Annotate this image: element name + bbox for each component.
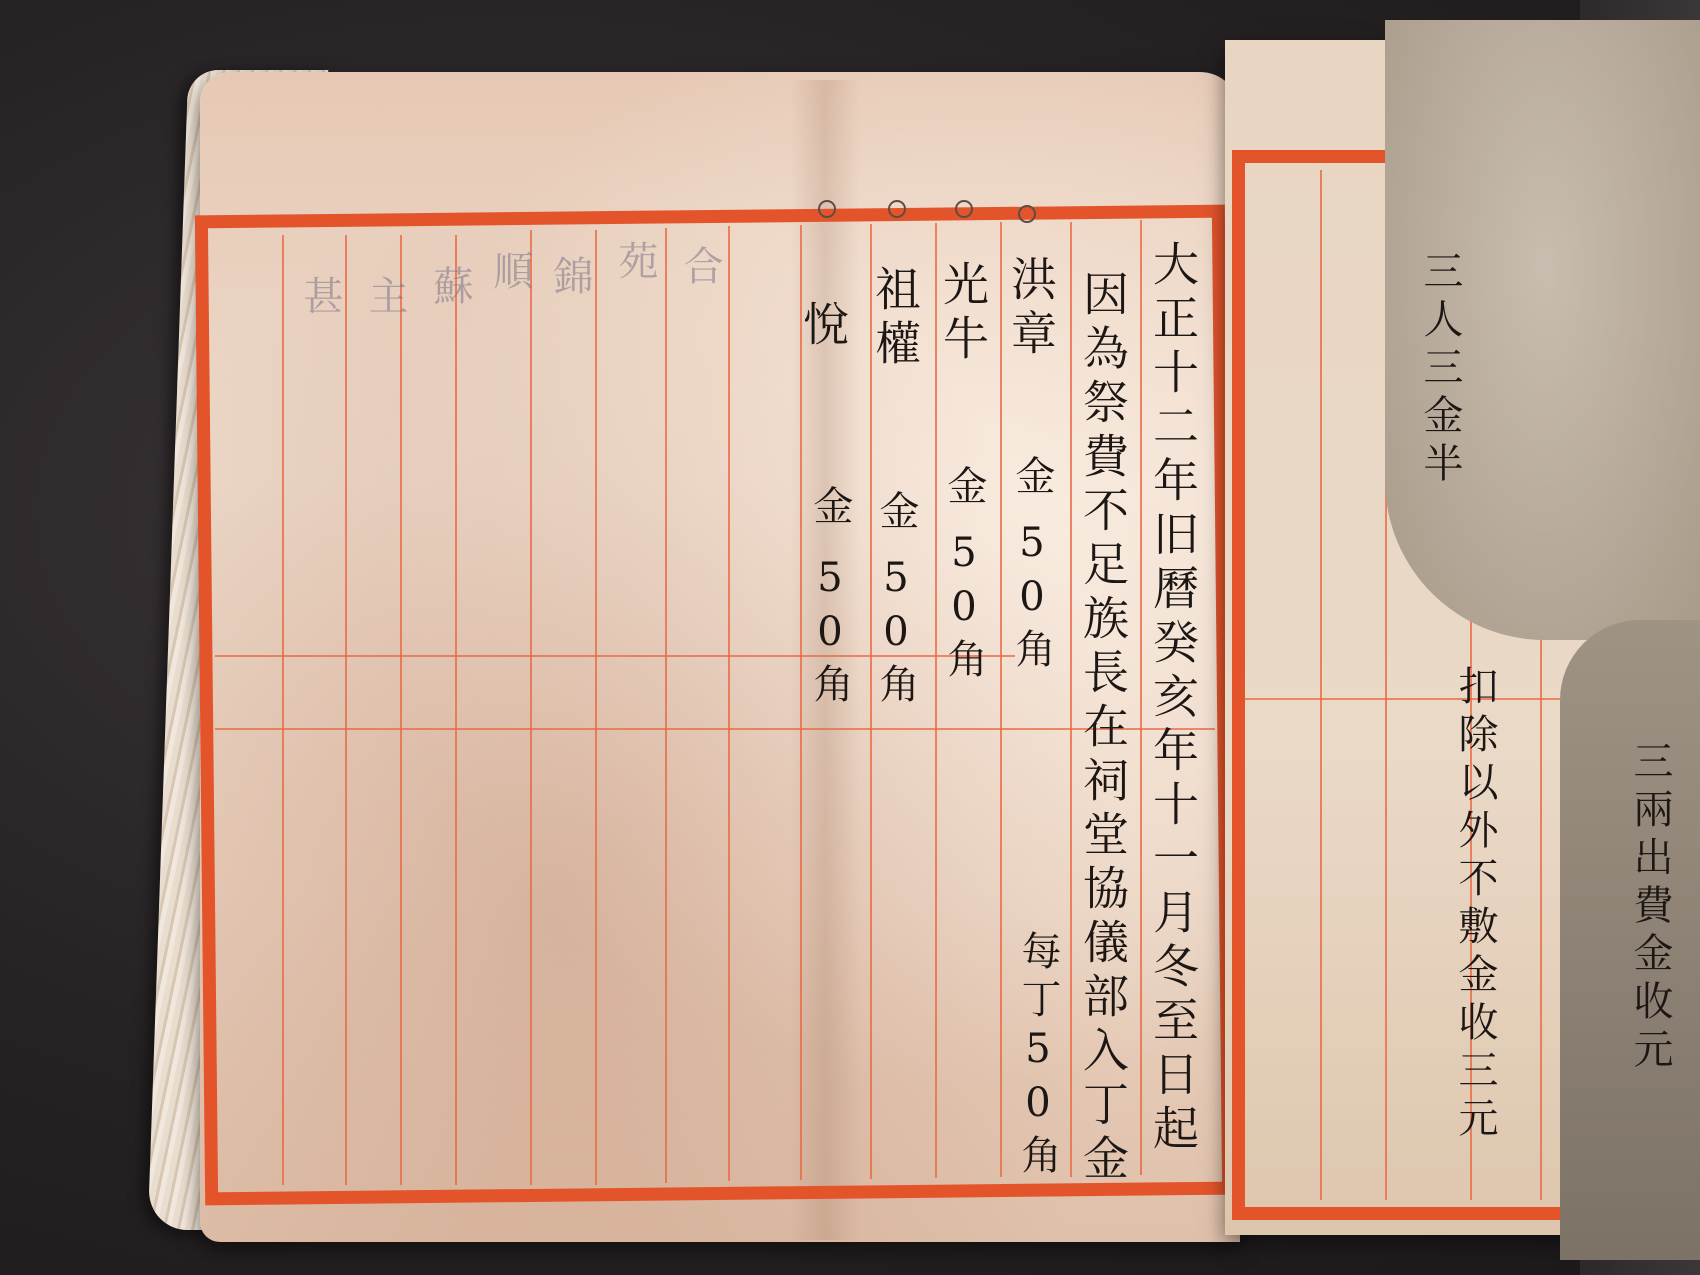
faded-column: 錦 [550,255,590,303]
faded-column: 甚 [300,275,340,323]
faded-column: 主 [365,275,405,323]
entry-amount: 50角 [1012,520,1052,676]
header-column: 大正十二年旧曆癸亥年十一月冬至日起 [1150,240,1196,1158]
faded-column: 合 [680,245,720,293]
ledger-book: 大正十二年旧曆癸亥年十一月冬至日起 因為祭費不足族長在祠堂協儀部入丁金 洪章 金… [0,0,1700,1275]
ruling-line [455,235,457,1185]
entry-amount: 50角 [944,530,984,686]
ruling-line [345,235,347,1185]
ruling-line [400,235,402,1185]
reason-column: 因為祭費不足族長在祠堂協儀部入丁金 [1080,270,1126,1188]
entry-amount-label: 金 [876,490,916,538]
ruling-line [595,230,597,1185]
ruling-line-horizontal [215,728,1215,730]
entry-amount: 50角 [876,555,916,711]
right-edge-column: 三兩出費金收元 [1630,740,1670,1076]
entry-name: 光牛 [940,260,986,368]
ruling-line [1140,220,1142,1175]
right-middle-column: 扣除以外不敷金收三元 [1455,665,1495,1145]
entry-name: 祖權 [872,265,918,373]
binding-hole [1018,205,1036,223]
entry-name: 悅 [800,300,846,354]
entry-name: 洪章 [1008,255,1054,363]
faded-column: 苑 [615,240,655,288]
ruling-line [530,230,532,1185]
faded-column: 蘇 [430,265,470,313]
per-head-column: 每丁50角 [1018,930,1058,1182]
binding-hole [955,200,973,218]
entry-amount-label: 金 [810,485,850,533]
right-top-column: 三人三金半 [1420,250,1460,490]
ruling-line [800,225,802,1180]
ruling-line-horizontal [1245,698,1595,700]
faded-column: 順 [490,250,530,298]
ruling-line [1320,170,1322,1200]
binding-hole [818,200,836,218]
ruling-line [1070,222,1072,1177]
ruling-line [728,226,730,1181]
entry-amount-label: 金 [944,465,984,513]
entry-amount-label: 金 [1012,455,1052,503]
entry-amount: 50角 [810,555,850,711]
ruling-line [1000,222,1002,1177]
binding-hole [888,200,906,218]
ruling-line [282,235,284,1185]
ruling-line [665,228,667,1183]
